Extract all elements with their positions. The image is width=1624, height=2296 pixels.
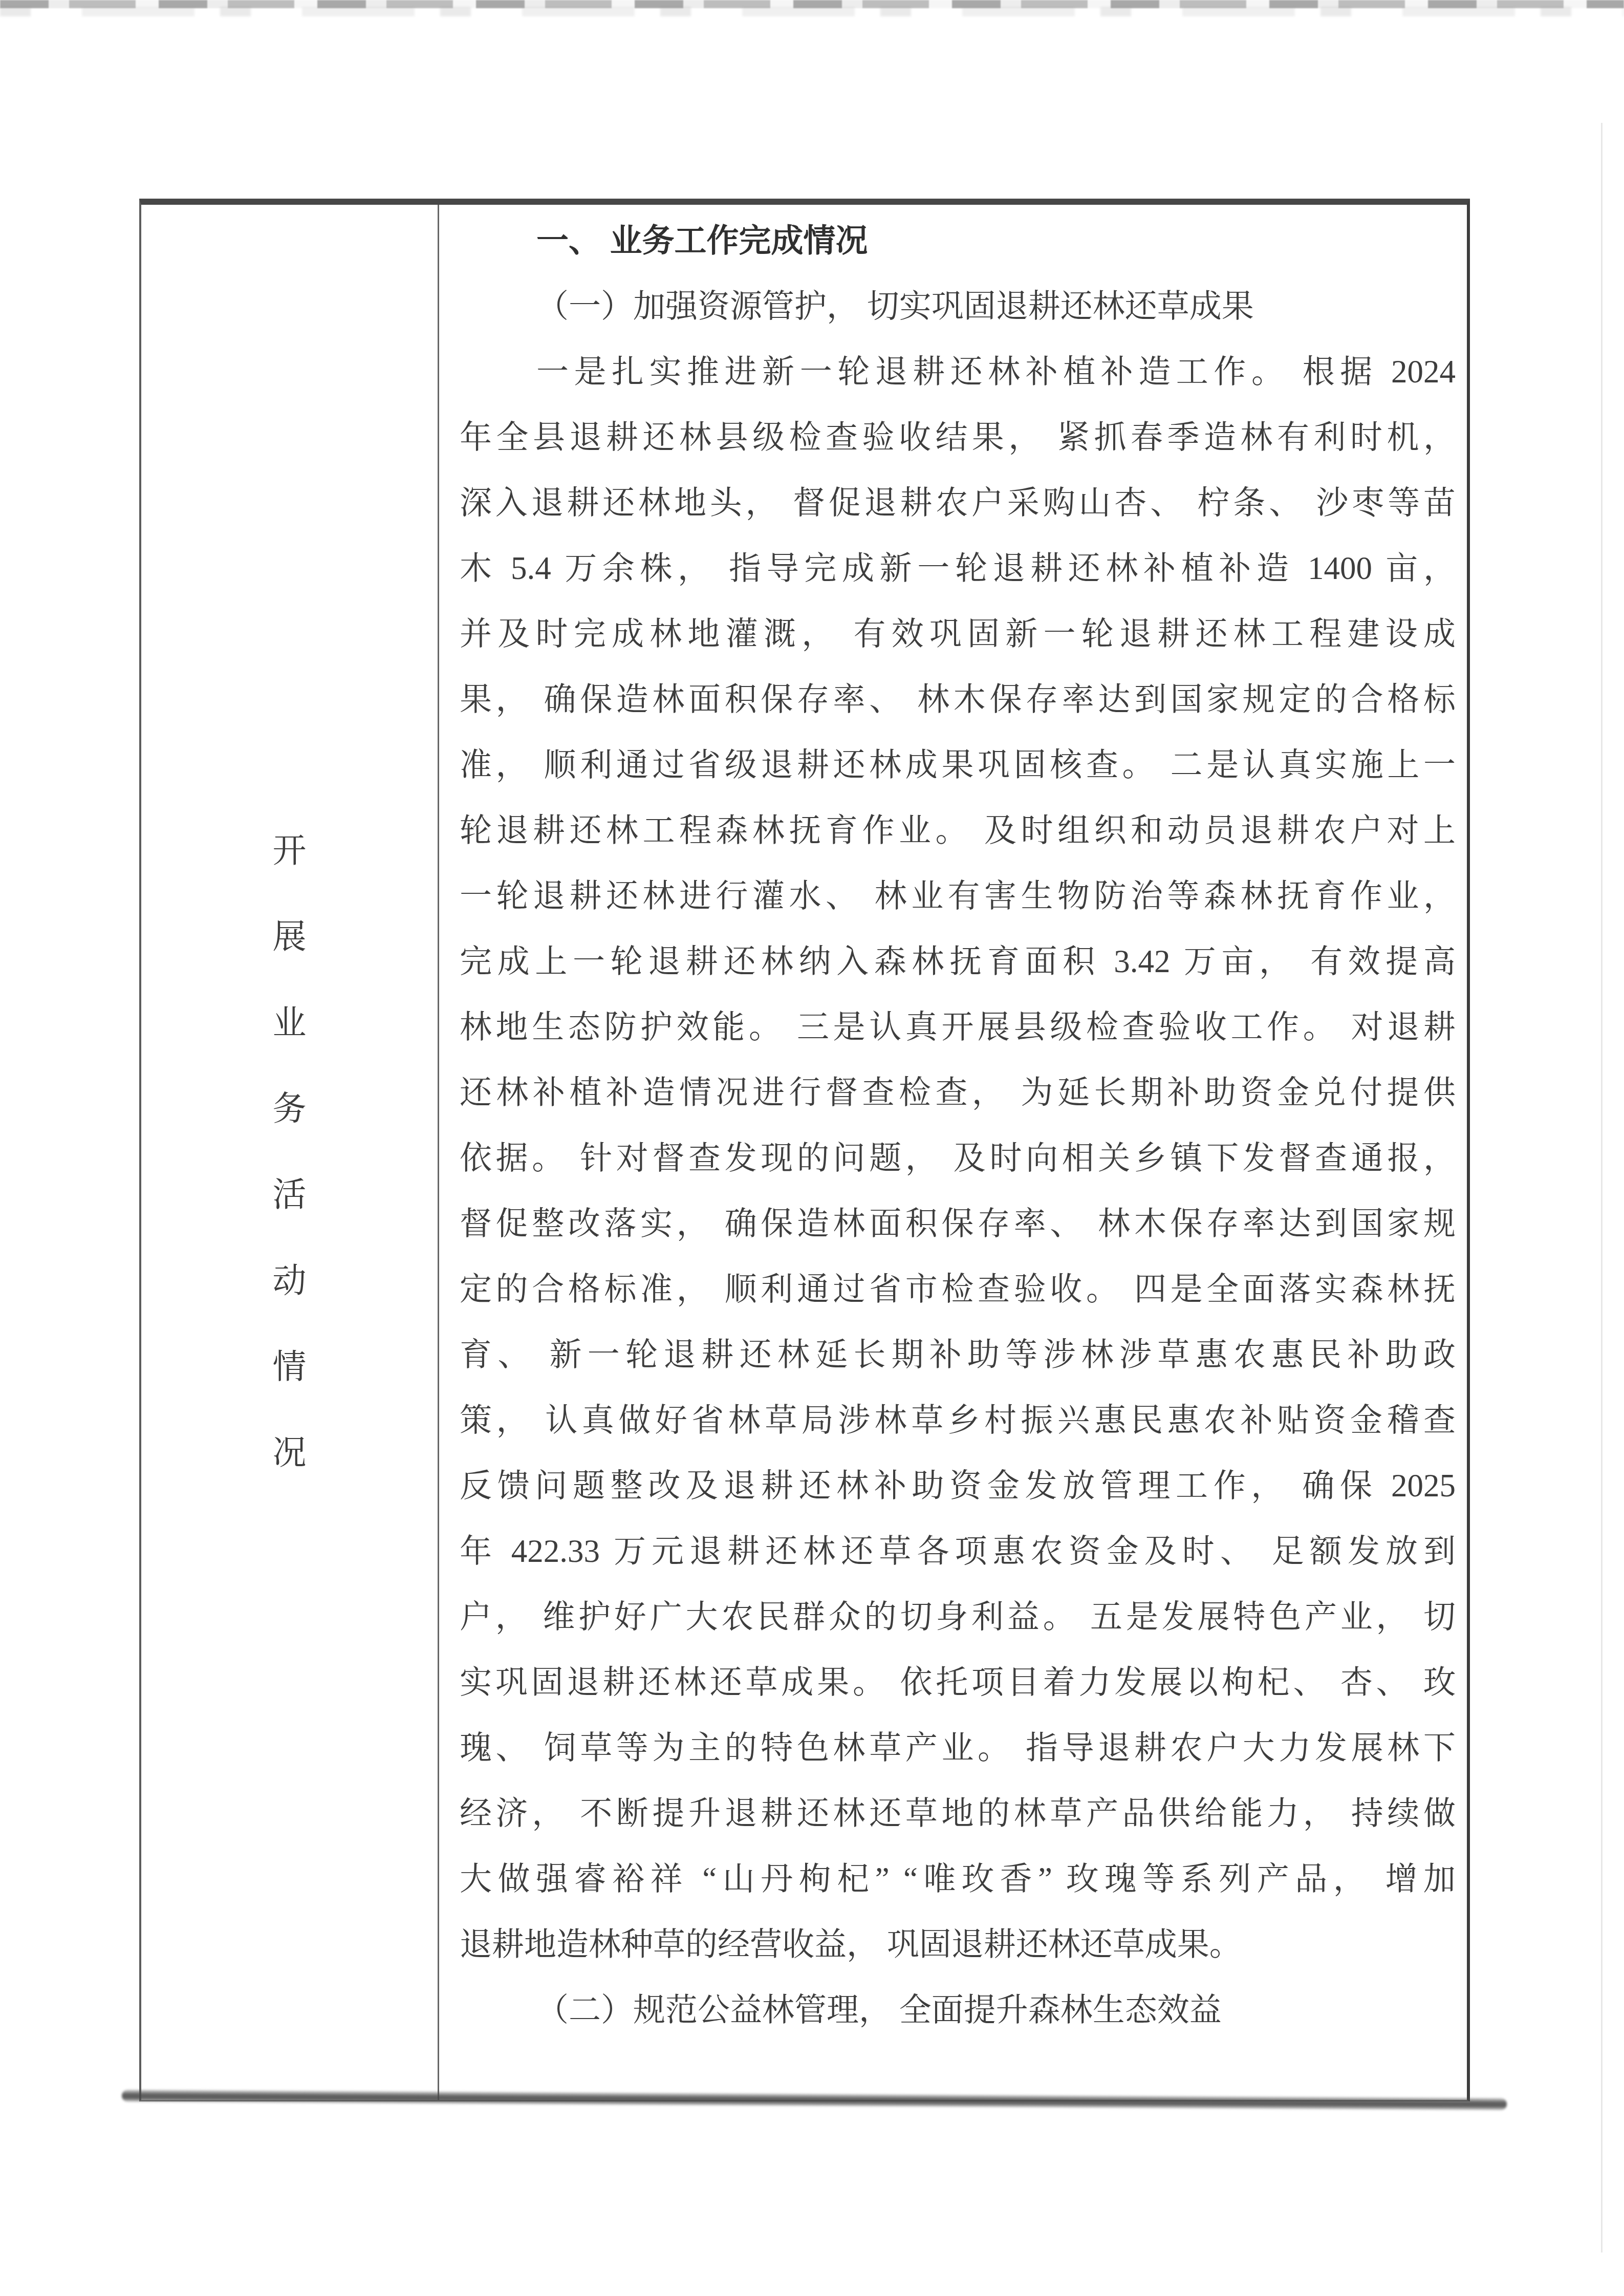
content-cell: 一、 业务工作完成情况（一）加强资源管护， 切实巩固退耕还林还草成果一是扎实推进… — [439, 205, 1467, 2100]
text-line: 年全县退耕还林县级检查验收结果， 紧抓春季造林有利时机， — [460, 404, 1456, 470]
text-line: 木 5.4 万余株， 指导完成新一轮退耕还林补植补造 1400 亩， — [460, 535, 1456, 601]
text-line: 一轮退耕还林进行灌水、 林业有害生物防治等森林抚育作业， — [460, 863, 1456, 929]
text-line: 反馈问题整改及退耕还林补助资金发放管理工作， 确保 2025 — [460, 1453, 1456, 1518]
text-line: 经济， 不断提升退耕还林还草地的林草产品供给能力， 持续做 — [460, 1780, 1456, 1846]
text-line: 林地生态防护效能。 三是认真开展县级检查验收工作。 对退耕 — [460, 994, 1456, 1060]
text-line: 轮退耕还林工程森林抚育作业。 及时组织和动员退耕农户对上 — [460, 798, 1456, 863]
text-line: 退耕地造林种草的经营收益， 巩固退耕还林还草成果。 — [460, 1912, 1456, 1977]
text-line: 一是扎实推进新一轮退耕还林补植补造工作。 根据 2024 — [460, 339, 1456, 404]
text-line: （一）加强资源管护， 切实巩固退耕还林还草成果 — [460, 273, 1456, 339]
text-line: 督促整改落实， 确保造林面积保存率、 林木保存率达到国家规 — [460, 1191, 1456, 1256]
scan-artifact-right-line — [1601, 123, 1603, 2252]
text-line: 完成上一轮退耕还林纳入森林抚育面积 3.42 万亩， 有效提高 — [460, 929, 1456, 994]
text-line: 策， 认真做好省林草局涉林草乡村振兴惠民惠农补贴资金稽查 — [460, 1387, 1456, 1453]
row-label-char: 业 — [273, 1006, 307, 1040]
row-label-char: 动 — [273, 1264, 307, 1298]
text-line: 大做强睿裕祥 “山丹枸杞” “唯玫香” 玫瑰等系列产品， 增加 — [460, 1846, 1456, 1912]
row-label-char: 活 — [273, 1178, 307, 1212]
text-line: 准， 顺利通过省级退耕还林成果巩固核查。 二是认真实施上一 — [460, 732, 1456, 798]
report-table: 开展业务活动情况 一、 业务工作完成情况（一）加强资源管护， 切实巩固退耕还林还… — [139, 199, 1470, 2101]
row-label-cell: 开展业务活动情况 — [141, 205, 439, 2100]
text-line: 深入退耕还林地头， 督促退耕农户采购山杏、 柠条、 沙枣等苗 — [460, 470, 1456, 535]
text-line: 育、 新一轮退耕还林延长期补助等涉林涉草惠农惠民补助政 — [460, 1322, 1456, 1387]
text-line: 实巩固退耕还林还草成果。 依托项目着力发展以枸杞、 杏、 玫 — [460, 1649, 1456, 1715]
scan-artifact-top-band-secondary — [0, 7, 1624, 16]
text-line: 年 422.33 万元退耕还林还草各项惠农资金及时、 足额发放到 — [460, 1518, 1456, 1584]
text-line: 依据。 针对督查发现的问题， 及时向相关乡镇下发督查通报， — [460, 1125, 1456, 1191]
row-label-char: 况 — [273, 1436, 307, 1470]
text-line: 并及时完成林地灌溉， 有效巩固新一轮退耕还林工程建设成 — [460, 601, 1456, 667]
text-line: 果， 确保造林面积保存率、 林木保存率达到国家规定的合格标 — [460, 667, 1456, 732]
text-line: 瑰、 饲草等为主的特色林草产业。 指导退耕农户大力发展林下 — [460, 1715, 1456, 1780]
text-line: （二）规范公益林管理， 全面提升森林生态效益 — [460, 1977, 1456, 2043]
row-label-char: 展 — [273, 920, 307, 954]
text-line: 定的合格标准， 顺利通过省市检查验收。 四是全面落实森林抚 — [460, 1256, 1456, 1322]
text-line: 还林补植补造情况进行督查检查， 为延长期补助资金兑付提供 — [460, 1060, 1456, 1125]
row-label-char: 情 — [273, 1350, 307, 1384]
row-label-char: 务 — [273, 1092, 307, 1126]
section-title-line: 一、 业务工作完成情况 — [460, 208, 1456, 273]
row-label-char: 开 — [273, 834, 307, 868]
text-line: 户， 维护好广大农民群众的切身利益。 五是发展特色产业， 切 — [460, 1584, 1456, 1649]
scanned-document-page: 开展业务活动情况 一、 业务工作完成情况（一）加强资源管护， 切实巩固退耕还林还… — [0, 0, 1624, 2296]
